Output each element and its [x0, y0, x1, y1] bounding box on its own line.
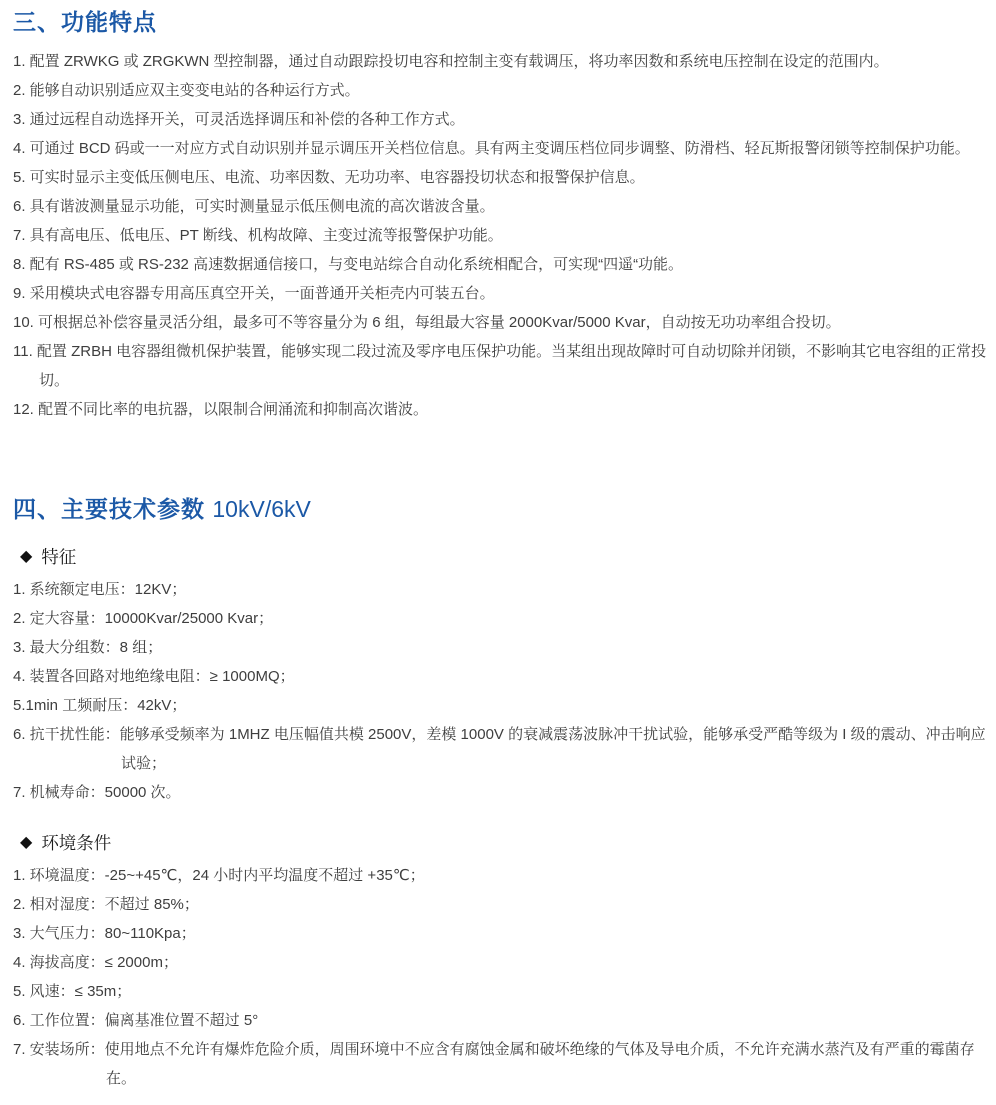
feature-item-12: 12. 配置不同比率的电抗器，以限制合闸涌流和抑制高次谐波。 [13, 395, 990, 424]
characteristic-item-5: 5.1min 工频耐压：42kV； [13, 691, 990, 720]
characteristic-item-2: 2. 定大容量：10000Kvar/25000 Kvar； [13, 604, 990, 633]
features-list: 1. 配置 ZRWKG 或 ZRGKWN 型控制器，通过自动跟踪投切电容和控制主… [13, 47, 990, 424]
environment-item-5: 5. 风速：≤ 35m； [13, 977, 990, 1006]
section-features-title: 三、功能特点 [13, 7, 990, 37]
characteristic-item-1: 1. 系统额定电压：12KV； [13, 575, 990, 604]
feature-item-11: 11. 配置 ZRBH 电容器组微机保护装置，能够实现二段过流及零序电压保护功能… [13, 337, 990, 395]
diamond-bullet-icon: ◆ [20, 545, 32, 569]
feature-item-1: 1. 配置 ZRWKG 或 ZRGKWN 型控制器，通过自动跟踪投切电容和控制主… [13, 47, 990, 76]
environment-item-6: 6. 工作位置：偏离基准位置不超过 5° [13, 1006, 990, 1035]
environment-heading-text: 环境条件 [41, 831, 111, 855]
characteristics-heading: ◆ 特征 [20, 545, 990, 569]
section-parameters-title: 四、主要技术参数 10kV/6kV [13, 494, 990, 524]
section-parameters-title-text: 四、主要技术参数 [13, 496, 205, 522]
feature-item-3: 3. 通过远程自动选择开关，可灵活选择调压和补偿的各种工作方式。 [13, 105, 990, 134]
feature-item-10: 10. 可根据总补偿容量灵活分组，最多可不等容量分为 6 组，每组最大容量 20… [13, 308, 990, 337]
feature-item-2: 2. 能够自动识别适应双主变变电站的各种运行方式。 [13, 76, 990, 105]
subsection-environment: ◆ 环境条件 1. 环境温度：-25~+45℃，24 小时内平均温度不超过 +3… [13, 831, 990, 1093]
feature-item-5: 5. 可实时显示主变低压侧电压、电流、功率因数、无功功率、电容器投切状态和报警保… [13, 163, 990, 192]
environment-item-7: 7. 安装场所：使用地点不允许有爆炸危险介质，周围环境中不应含有腐蚀金属和破坏绝… [13, 1035, 990, 1093]
diamond-bullet-icon: ◆ [20, 831, 32, 855]
feature-item-9: 9. 采用模块式电容器专用高压真空开关，一面普通开关柜壳内可装五台。 [13, 279, 990, 308]
characteristic-item-7: 7. 机械寿命：50000 次。 [13, 778, 990, 807]
environment-heading: ◆ 环境条件 [20, 831, 990, 855]
feature-item-6: 6. 具有谐波测量显示功能，可实时测量显示低压侧电流的高次谐波含量。 [13, 192, 990, 221]
environment-item-1: 1. 环境温度：-25~+45℃，24 小时内平均温度不超过 +35℃； [13, 861, 990, 890]
characteristic-item-4: 4. 装置各回路对地绝缘电阻：≥ 1000MQ； [13, 662, 990, 691]
feature-item-4: 4. 可通过 BCD 码或一一对应方式自动识别并显示调压开关档位信息。具有两主变… [13, 134, 990, 163]
characteristic-item-3: 3. 最大分组数：8 组； [13, 633, 990, 662]
environment-item-3: 3. 大气压力：80~110Kpa； [13, 919, 990, 948]
feature-item-7: 7. 具有高电压、低电压、PT 断线、机构故障、主变过流等报警保护功能。 [13, 221, 990, 250]
environment-list: 1. 环境温度：-25~+45℃，24 小时内平均温度不超过 +35℃； 2. … [13, 861, 990, 1093]
environment-item-2: 2. 相对湿度：不超过 85%； [13, 890, 990, 919]
characteristics-list: 1. 系统额定电压：12KV； 2. 定大容量：10000Kvar/25000 … [13, 575, 990, 807]
feature-item-8: 8. 配有 RS-485 或 RS-232 高速数据通信接口，与变电站综合自动化… [13, 250, 990, 279]
characteristic-item-6: 6. 抗干扰性能：能够承受频率为 1MHZ 电压幅值共模 2500V，差模 10… [13, 720, 990, 778]
subsection-characteristics: ◆ 特征 1. 系统额定电压：12KV； 2. 定大容量：10000Kvar/2… [13, 545, 990, 807]
characteristics-heading-text: 特征 [41, 545, 76, 569]
section-parameters-title-suffix: 10kV/6kV [212, 496, 310, 522]
document-page: 三、功能特点 1. 配置 ZRWKG 或 ZRGKWN 型控制器，通过自动跟踪投… [0, 0, 996, 1105]
environment-item-4: 4. 海拔高度：≤ 2000m； [13, 948, 990, 977]
